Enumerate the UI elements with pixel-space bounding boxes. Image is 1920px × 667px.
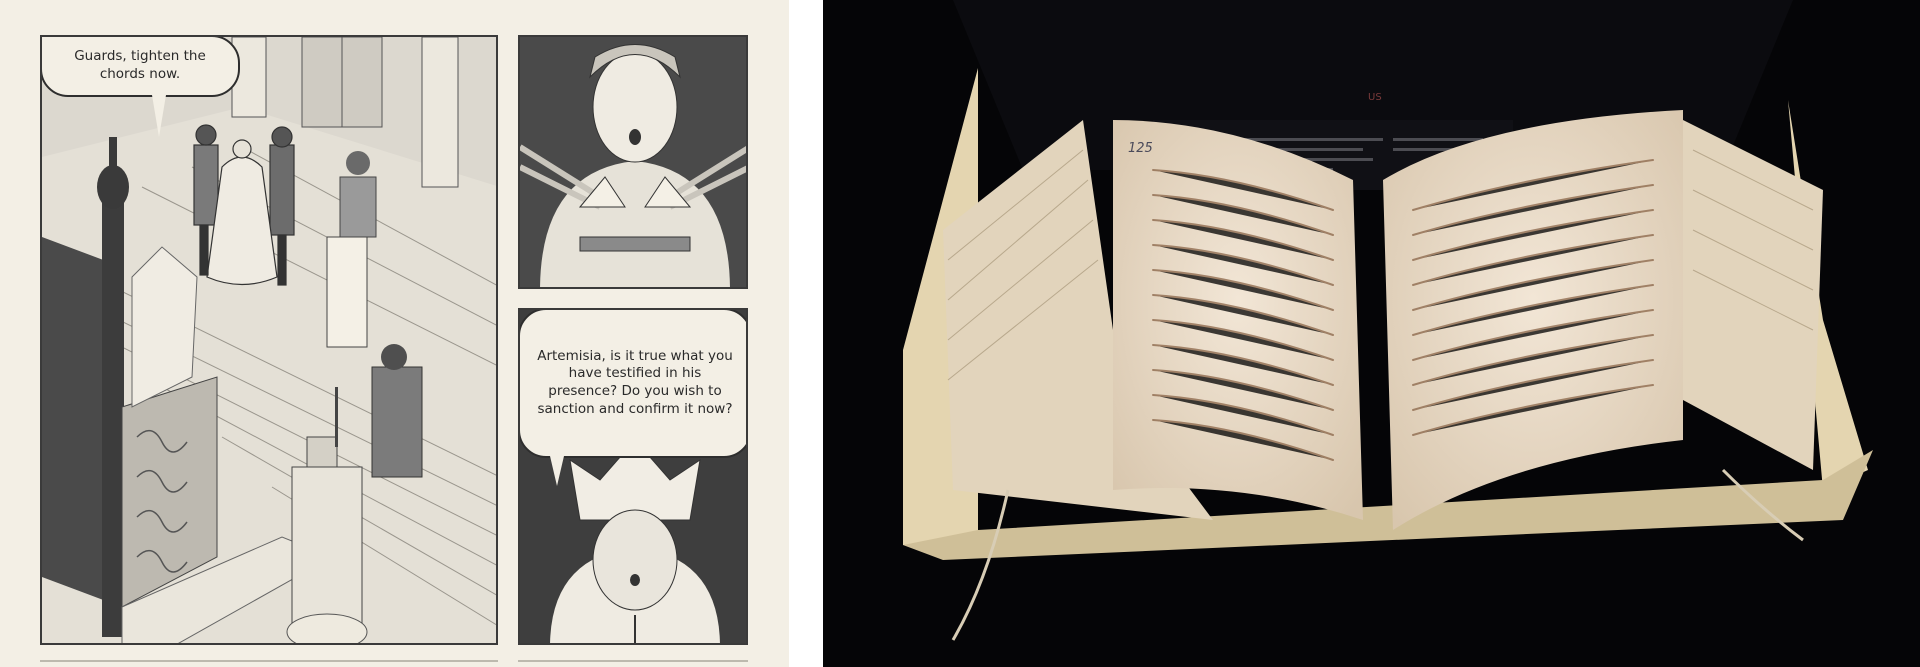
speech-bubble-tail — [550, 456, 564, 486]
comic-page: Guards, tighten the chords now. — [0, 0, 789, 667]
display-label: US — [1368, 92, 1382, 103]
manuscript-illustration: 125 US — [823, 0, 1920, 667]
next-row-edge — [40, 660, 498, 662]
artemisia-illustration — [520, 37, 748, 289]
comic-panel-courtroom: Guards, tighten the chords now. — [40, 35, 498, 645]
speech-bubble-guards: Guards, tighten the chords now. — [40, 35, 240, 97]
next-row-edge — [518, 660, 748, 662]
page-number: 125 — [1128, 141, 1153, 156]
comic-panel-judge: Artemisia, is it true what you have test… — [518, 308, 748, 645]
image-gap — [789, 0, 823, 667]
speech-text: Artemisia, is it true what you have test… — [536, 348, 734, 418]
speech-bubble-judge: Artemisia, is it true what you have test… — [518, 308, 748, 458]
comic-panel-artemisia — [518, 35, 748, 289]
manuscript-photo: 125 US — [823, 0, 1920, 667]
speech-text: Guards, tighten the chords now. — [56, 48, 224, 83]
speech-bubble-tail — [152, 95, 166, 137]
courtroom-illustration — [42, 37, 498, 645]
